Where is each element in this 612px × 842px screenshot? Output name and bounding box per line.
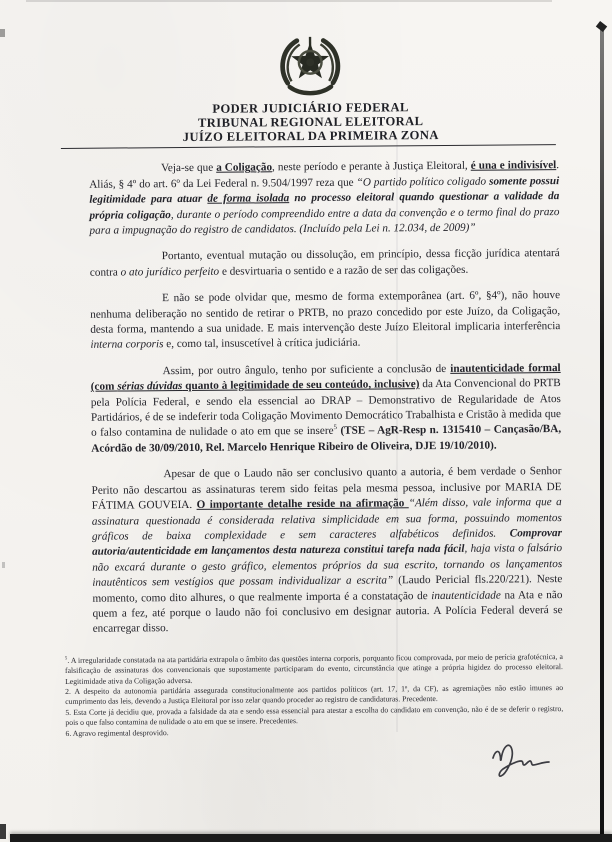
text-run: “O partido político coligado <box>357 175 490 188</box>
scan-edge-right-tip <box>596 21 607 32</box>
paragraph: Portanto, eventual mutação ou dissolução… <box>90 246 560 281</box>
scan-speck <box>2 562 5 568</box>
text-run: . A irregularidade constatada na ata par… <box>65 652 563 686</box>
text-run: de forma isolada <box>207 192 289 205</box>
text-run: 5. Esta Corte já decidiu que, provada a … <box>65 704 563 727</box>
paragraph: Veja-se que a Coligação, neste período e… <box>89 158 560 239</box>
text-run: é una e indivisível <box>471 159 557 172</box>
paragraph: Assim, por outro ângulo, tenho por sufic… <box>91 361 562 457</box>
scanned-document-page: PODER JUDICIÁRIO FEDERAL TRIBUNAL REGION… <box>0 0 612 842</box>
text-run: o ato jurídico perfeito <box>121 266 220 279</box>
footnotes-section: 5. A irregularidade constatada na ata pa… <box>65 652 566 739</box>
text-run: sérias dúvidas <box>117 380 182 393</box>
scan-edge-top <box>26 0 552 2</box>
text-run: e, como tal, insuscetível à crítica judi… <box>163 337 360 351</box>
header-court-line-3: JUÍZO ELEITORAL DA PRIMEIRA ZONA <box>61 128 561 146</box>
document-content: PODER JUDICIÁRIO FEDERAL TRIBUNAL REGION… <box>60 32 566 739</box>
text-run: Veja-se que <box>161 162 216 174</box>
text-run: , neste período e perante à Justiça Elei… <box>272 160 471 174</box>
text-run: interna corporis <box>90 339 163 352</box>
document-body: Veja-se que a Coligação, neste período e… <box>61 158 565 637</box>
text-run: e desvirtuaria o sentido e a razão de se… <box>219 264 468 278</box>
text-run: 6. Agravo regimental desprovido. <box>65 728 168 738</box>
scan-fold-line <box>396 140 398 732</box>
text-run: inautenticidade <box>431 589 501 602</box>
text-run: Assim, por outro ângulo, tenho por sufic… <box>163 363 451 377</box>
brazil-coat-of-arms-icon <box>60 32 561 102</box>
scan-edge-right <box>600 24 604 842</box>
handwritten-signature-rubric-icon <box>487 740 569 786</box>
text-run: 2. A despeito da autonomia partidária as… <box>65 683 563 706</box>
document-header: PODER JUDICIÁRIO FEDERAL TRIBUNAL REGION… <box>61 100 561 149</box>
header-rule <box>61 144 556 149</box>
text-run: E não se pode olvidar que, mesmo de form… <box>90 289 560 336</box>
scan-edge-bottom-nub <box>0 824 6 839</box>
text-run: O importante detalhe reside na afirmação <box>197 497 409 511</box>
scan-speck <box>0 29 5 37</box>
scan-edge-bottom <box>10 834 612 842</box>
text-run: quanto à legitimidade de seu conteúdo, i… <box>182 378 419 392</box>
footnote: 5. A irregularidade constatada na ata pa… <box>65 652 563 687</box>
paragraph: E não se pode olvidar que, mesmo de form… <box>90 288 560 353</box>
paragraph: Apesar de que o Laudo não ser conclusivo… <box>91 464 562 637</box>
text-run: a Coligação <box>216 162 272 174</box>
